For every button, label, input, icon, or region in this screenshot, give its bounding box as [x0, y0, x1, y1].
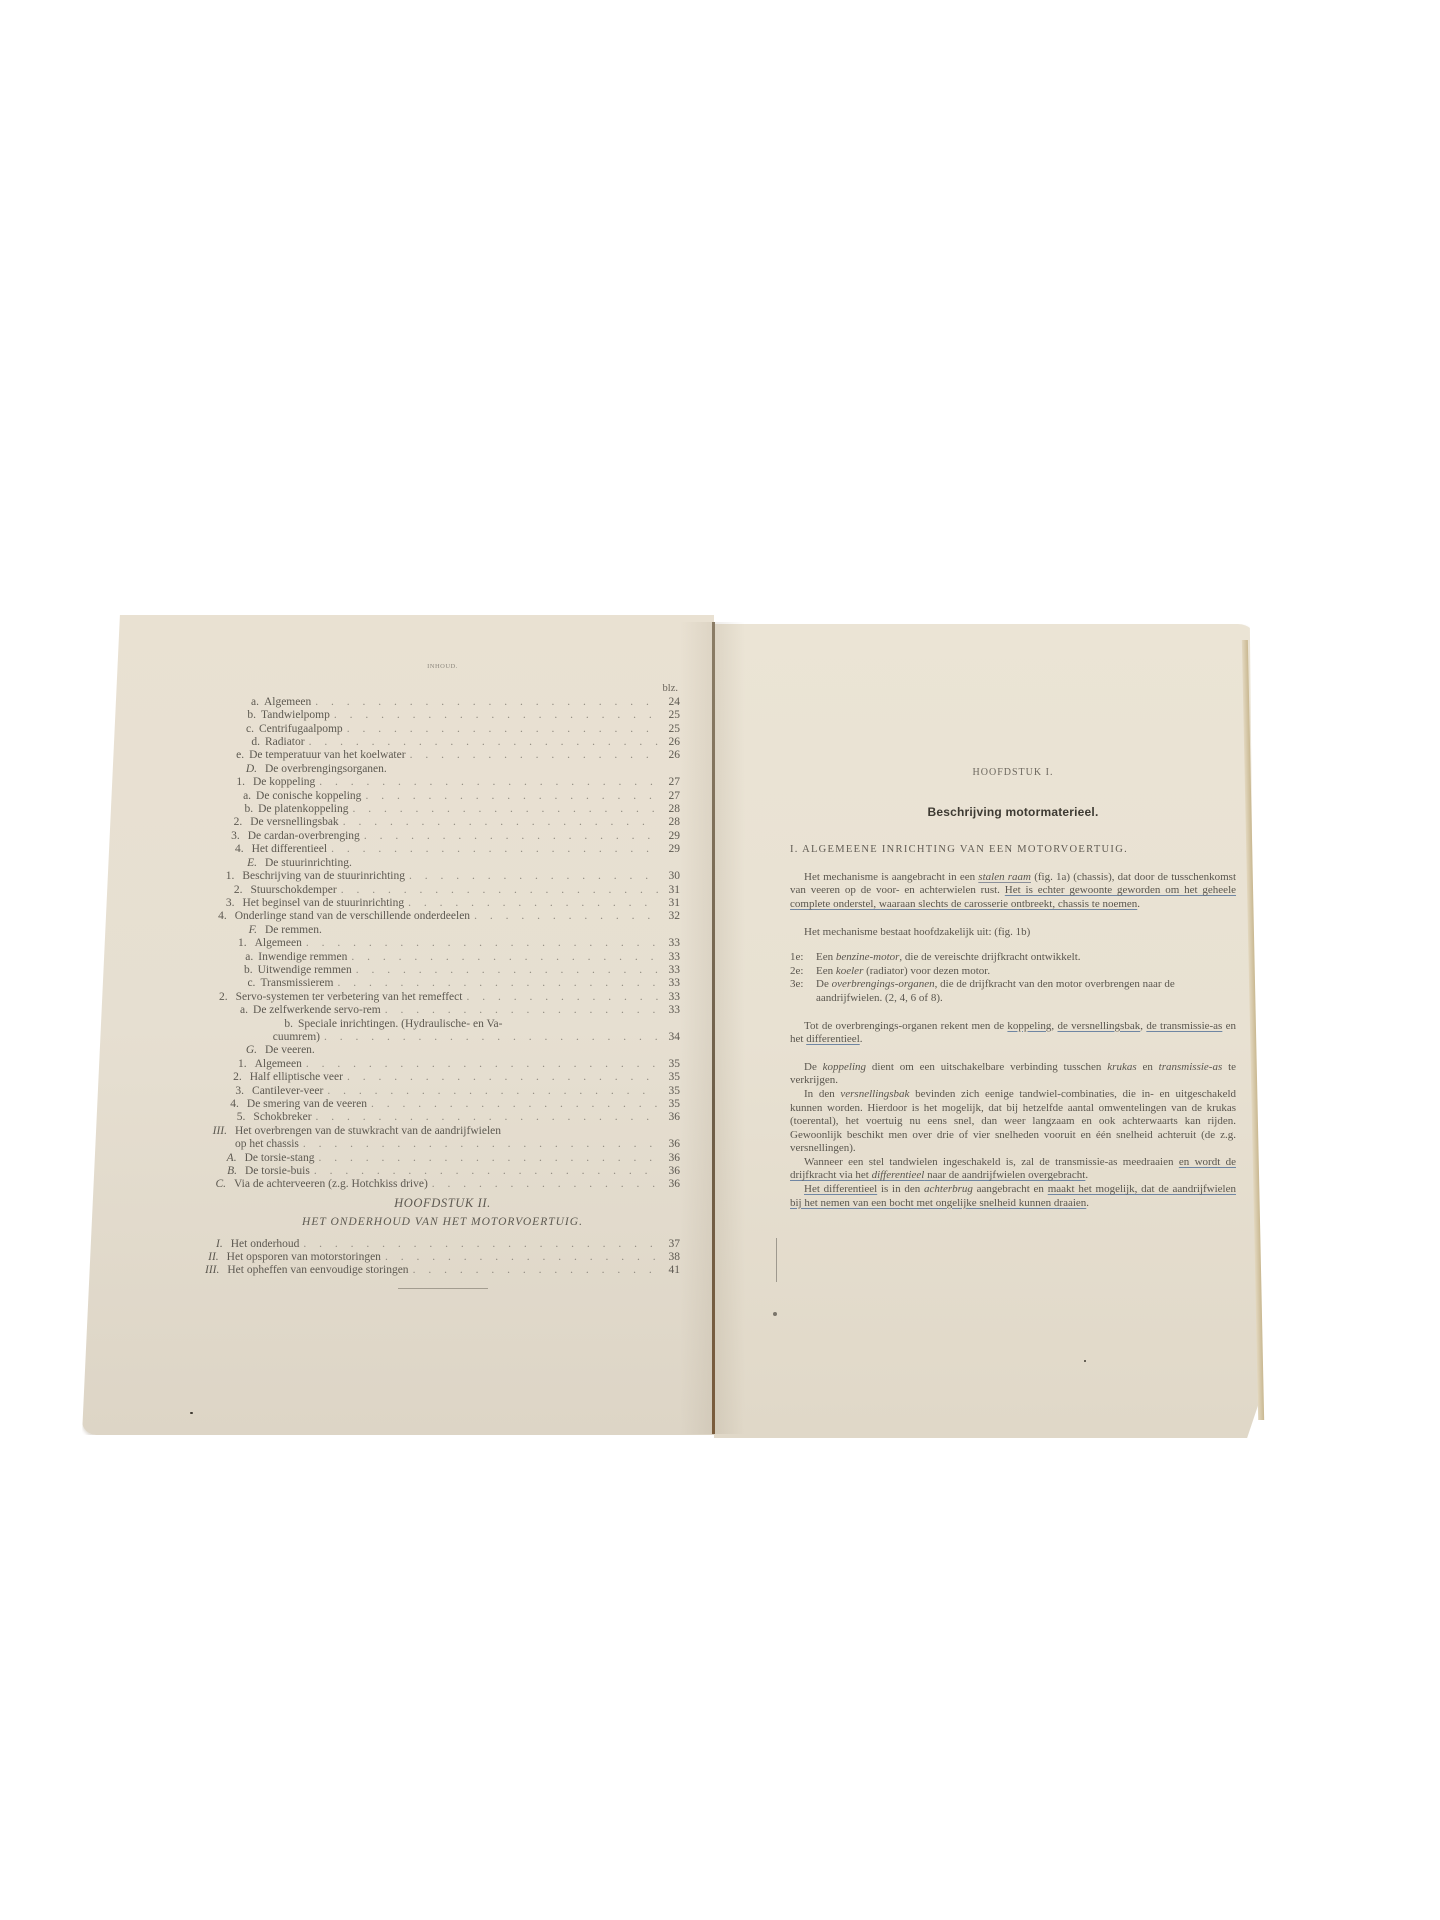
toc-leader-dots: . . . . . . . . . . . . . . . . . . . . …	[356, 964, 658, 977]
toc-page-number: 37	[662, 1238, 680, 1251]
toc-entry-number: b.	[205, 709, 256, 722]
list-item-key: 2e:	[790, 965, 816, 979]
toc-entry-label: Onderlinge stand van de verschillende on…	[235, 910, 470, 923]
toc-entry-number: a.	[205, 790, 251, 803]
toc-leader-dots: . . . . . . . . . . . . . . . . . . . . …	[338, 977, 659, 990]
toc-entry-label: De cardan-overbrenging	[248, 830, 360, 843]
toc-leader-dots: . . . . . . . . . . . . . . . . . . . . …	[319, 776, 658, 789]
toc-entry-number: c.	[205, 977, 255, 990]
toc-entry-number: 3.	[205, 830, 240, 843]
toc-entry-number: I.	[205, 1238, 223, 1251]
toc-entry: B.De torsie-buis. . . . . . . . . . . . …	[205, 1165, 680, 1178]
toc-page-number: 33	[662, 977, 680, 990]
toc-entry: c.Transmissierem. . . . . . . . . . . . …	[205, 977, 680, 990]
toc-entry: I.Het onderhoud. . . . . . . . . . . . .…	[205, 1238, 680, 1251]
toc-page-number: 36	[662, 1165, 680, 1178]
toc-entry: d.Radiator. . . . . . . . . . . . . . . …	[205, 736, 680, 749]
toc-entry: 2.Servo-systemen ter verbetering van het…	[205, 991, 680, 1004]
toc-page-number: 31	[662, 884, 680, 897]
toc-entry: C.Via de achterveeren (z.g. Hotchkiss dr…	[205, 1178, 680, 1191]
toc-entry: a.De zelfwerkende servo-rem. . . . . . .…	[205, 1004, 680, 1017]
toc-entry-label: De koppeling	[253, 776, 315, 789]
toc-entry-label: De platenkoppeling	[258, 803, 348, 816]
chapter-2-entries: I.Het onderhoud. . . . . . . . . . . . .…	[205, 1238, 680, 1278]
toc-entry-number: e.	[205, 749, 244, 762]
toc-entry-label: Stuurschokdemper	[250, 884, 336, 897]
toc-entry: II.Het opsporen van motorstoringen. . . …	[205, 1251, 680, 1264]
toc-leader-dots: . . . . . . . . . . . . . . . . . . . . …	[331, 843, 658, 856]
toc-entry: 3.Het beginsel van de stuurinrichting. .…	[205, 897, 680, 910]
toc-page-number: 36	[662, 1152, 680, 1165]
toc-entry-number: 4.	[205, 843, 244, 856]
component-list-item: 2e:Een koeler (radiator) voor dezen moto…	[790, 965, 1236, 979]
toc-leader-dots: . . . . . . . . . . . . . . . . . . . . …	[303, 1138, 658, 1151]
spine-shadow	[715, 622, 745, 1434]
toc-page-number: 24	[662, 696, 680, 709]
toc-entry-label: Centrifugaalpomp	[259, 723, 343, 736]
toc-entry-label: cuumrem)	[273, 1031, 320, 1044]
toc-entry-number: 5.	[205, 1111, 245, 1124]
toc-entry: e.De temperatuur van het koelwater. . . …	[205, 749, 680, 762]
toc-page-number: 25	[662, 723, 680, 736]
list-item-text: Een benzine-motor, die de vereischte dri…	[816, 951, 1236, 965]
toc-entry-label: Half elliptische veer	[250, 1071, 343, 1084]
toc-entry: F.De remmen.	[205, 924, 680, 937]
toc-entry: D.De overbrengingsorganen.	[205, 763, 680, 776]
toc-leader-dots: . . . . . . . . . . . . . . . . . . . . …	[466, 991, 658, 1004]
toc-entry: 4.Onderlinge stand van de verschillende …	[205, 910, 680, 923]
toc-entry: b.De platenkoppeling. . . . . . . . . . …	[205, 803, 680, 816]
toc-entry-number: 2.	[205, 991, 228, 1004]
toc-entry: b.Tandwielpomp. . . . . . . . . . . . . …	[205, 709, 680, 722]
toc-leader-dots: . . . . . . . . . . . . . . . . . . . . …	[309, 736, 658, 749]
toc-entry-label: Transmissierem	[260, 977, 333, 990]
toc-page-number: 35	[662, 1085, 680, 1098]
toc-entry-label: De torsie-stang	[245, 1152, 315, 1165]
toc-entry: 2.Half elliptische veer. . . . . . . . .…	[205, 1071, 680, 1084]
chapter-title: Beschrijving motormaterieel.	[790, 806, 1236, 820]
toc-leader-dots: . . . . . . . . . . . . . . . . . . . . …	[327, 1085, 658, 1098]
toc-leader-dots: . . . . . . . . . . . . . . . . . . . . …	[303, 1238, 658, 1251]
toc-page-number: 33	[662, 964, 680, 977]
toc-entry: a.Algemeen. . . . . . . . . . . . . . . …	[205, 696, 680, 709]
toc-entry-label: Inwendige remmen	[258, 951, 347, 964]
paper-speck	[190, 1412, 193, 1414]
list-item-key: 3e:	[790, 978, 816, 1005]
toc-entry-number: 1.	[205, 1058, 247, 1071]
toc-entry-label: Beschrijving van de stuurinrichting	[242, 870, 405, 883]
toc-entry-label: Schokbreker	[253, 1111, 311, 1124]
toc-entry-label: De temperatuur van het koelwater	[249, 749, 405, 762]
toc-page-number: 33	[662, 937, 680, 950]
toc-page-number: 29	[662, 830, 680, 843]
toc-page-number: 33	[662, 1004, 680, 1017]
toc-entry-number: 2.	[205, 884, 242, 897]
paragraph-chassis: Het mechanisme is aangebracht in een sta…	[790, 871, 1236, 912]
section-title: I. ALGEMEENE INRICHTING VAN EEN MOTORVOE…	[790, 843, 1236, 857]
toc-entry-number: III.	[205, 1264, 219, 1277]
book-spine	[712, 622, 715, 1434]
toc-leader-dots: . . . . . . . . . . . . . . . . . . . . …	[306, 1058, 658, 1071]
toc-entry-label: Algemeen	[255, 1058, 302, 1071]
toc-entry-number: B.	[205, 1165, 237, 1178]
toc-leader-dots: . . . . . . . . . . . . . . . . . . . . …	[347, 1071, 658, 1084]
table-of-contents: INHOUD. blz. a.Algemeen. . . . . . . . .…	[205, 660, 680, 1289]
toc-entry-number: 3.	[205, 1085, 244, 1098]
toc-entry-label: De versnellingsbak	[250, 816, 338, 829]
toc-entry-number: a.	[205, 1004, 248, 1017]
toc-page-number: 26	[662, 736, 680, 749]
toc-leader-dots: . . . . . . . . . . . . . . . . . . . . …	[371, 1098, 658, 1111]
toc-entry-label: Via de achterveeren (z.g. Hotchkiss driv…	[234, 1178, 428, 1191]
paragraph-transmission-organs: Tot de overbrengings-organen rekent men …	[790, 1020, 1236, 1047]
toc-entry-number: b.	[205, 1018, 293, 1031]
toc-entry-number: F.	[205, 924, 257, 937]
paper-speck	[1084, 1360, 1086, 1362]
open-booklet: INHOUD. blz. a.Algemeen. . . . . . . . .…	[0, 0, 1440, 1920]
toc-entry: c.Centrifugaalpomp. . . . . . . . . . . …	[205, 723, 680, 736]
toc-entry: cuumrem). . . . . . . . . . . . . . . . …	[205, 1031, 680, 1044]
toc-entry-number: III.	[205, 1125, 227, 1138]
margin-pencil-mark	[776, 1238, 777, 1282]
toc-entry: III.Het opheffen van eenvoudige storinge…	[205, 1264, 680, 1277]
toc-entry-label: De stuurinrichting.	[265, 857, 352, 870]
toc-leader-dots: . . . . . . . . . . . . . . . . . . . . …	[314, 1165, 658, 1178]
chapter-2-label: HOOFDSTUK II.	[205, 1197, 680, 1210]
toc-entry-number: 1.	[205, 776, 245, 789]
toc-entry-label: De conische koppeling	[256, 790, 361, 803]
toc-page-number: 28	[662, 816, 680, 829]
spine-shadow	[680, 622, 712, 1434]
toc-leader-dots: . . . . . . . . . . . . . . . . . . . . …	[365, 790, 658, 803]
list-item-text: Een koeler (radiator) voor dezen motor.	[816, 965, 1236, 979]
toc-entry-label: Tandwielpomp	[261, 709, 330, 722]
toc-leader-dots: . . . . . . . . . . . . . . . . . . . . …	[385, 1004, 658, 1017]
toc-entry-label: Het differentieel	[252, 843, 327, 856]
toc-entry: 1.De koppeling. . . . . . . . . . . . . …	[205, 776, 680, 789]
toc-entry-label: De remmen.	[265, 924, 322, 937]
toc-entry-label: De veeren.	[265, 1044, 315, 1057]
component-list-item: 3e:De overbrengings-organen, die de drij…	[790, 978, 1236, 1005]
toc-leader-dots: . . . . . . . . . . . . . . . . . . . . …	[410, 749, 658, 762]
toc-entry-number: D.	[205, 763, 257, 776]
toc-page-number: 32	[662, 910, 680, 923]
toc-entry-number: 4.	[205, 1098, 239, 1111]
toc-leader-dots: . . . . . . . . . . . . . . . . . . . . …	[408, 897, 658, 910]
toc-page-number: 33	[662, 951, 680, 964]
paragraph-differential: Het differentieel is in den achterbrug a…	[790, 1183, 1236, 1210]
toc-entry: a.De conische koppeling. . . . . . . . .…	[205, 790, 680, 803]
component-list-item: 1e:Een benzine-motor, die de vereischte …	[790, 951, 1236, 965]
toc-page-number: 35	[662, 1071, 680, 1084]
toc-entry: G.De veeren.	[205, 1044, 680, 1057]
list-item-key: 1e:	[790, 951, 816, 965]
toc-leader-dots: . . . . . . . . . . . . . . . . . . . . …	[324, 1031, 658, 1044]
toc-leader-dots: . . . . . . . . . . . . . . . . . . . . …	[432, 1178, 658, 1191]
toc-entry-label: Het opheffen van eenvoudige storingen	[227, 1264, 408, 1277]
toc-entry: 4.Het differentieel. . . . . . . . . . .…	[205, 843, 680, 856]
toc-entry-label: Het onderhoud	[231, 1238, 300, 1251]
toc-entry: III.Het overbrengen van de stuwkracht va…	[205, 1125, 680, 1138]
paragraph-clutch: De koppeling dient om een uitschakelbare…	[790, 1061, 1236, 1088]
toc-entry: b.Uitwendige remmen. . . . . . . . . . .…	[205, 964, 680, 977]
toc-leader-dots: . . . . . . . . . . . . . . . . . . . . …	[343, 816, 658, 829]
toc-entry-number: a.	[205, 696, 259, 709]
toc-entry: 5.Schokbreker. . . . . . . . . . . . . .…	[205, 1111, 680, 1124]
toc-page-number: 28	[662, 803, 680, 816]
toc-leader-dots: . . . . . . . . . . . . . . . . . . . . …	[341, 884, 658, 897]
toc-entry: E.De stuurinrichting.	[205, 857, 680, 870]
paragraph-mechanism: Het mechanisme bestaat hoofdzakelijk uit…	[790, 926, 1236, 940]
toc-entry-label: De torsie-buis	[245, 1165, 310, 1178]
toc-page-number: 41	[662, 1264, 680, 1277]
toc-leader-dots: . . . . . . . . . . . . . . . . . . . . …	[306, 937, 658, 950]
toc-entry-number: c.	[205, 723, 254, 736]
toc-entry: 1.Algemeen. . . . . . . . . . . . . . . …	[205, 1058, 680, 1071]
toc-leader-dots: . . . . . . . . . . . . . . . . . . . . …	[315, 696, 658, 709]
toc-entry-number: E.	[205, 857, 257, 870]
toc-entry: 4.De smering van de veeren. . . . . . . …	[205, 1098, 680, 1111]
toc-leader-dots: . . . . . . . . . . . . . . . . . . . . …	[351, 951, 658, 964]
toc-page-number: 31	[662, 897, 680, 910]
toc-entry-number: b.	[205, 964, 253, 977]
chapter-1-body: HOOFDSTUK I. Beschrijving motormaterieel…	[790, 640, 1236, 1210]
toc-entry-number: G.	[205, 1044, 257, 1057]
toc-leader-dots: . . . . . . . . . . . . . . . . . . . . …	[316, 1111, 658, 1124]
component-list: 1e:Een benzine-motor, die de vereischte …	[790, 951, 1236, 1005]
toc-entry: 1.Beschrijving van de stuurinrichting. .…	[205, 870, 680, 883]
toc-entry: 1.Algemeen. . . . . . . . . . . . . . . …	[205, 937, 680, 950]
toc-page-number: 26	[662, 749, 680, 762]
toc-entry-label: Speciale inrichtingen. (Hydraulische- en…	[298, 1018, 502, 1031]
toc-entry-number: 4.	[205, 910, 227, 923]
toc-entry-label: op het chassis	[235, 1138, 299, 1151]
toc-entry: op het chassis. . . . . . . . . . . . . …	[205, 1138, 680, 1151]
running-header: INHOUD.	[205, 660, 680, 673]
toc-leader-dots: . . . . . . . . . . . . . . . . . . . . …	[352, 803, 658, 816]
toc-entry-label: De zelfwerkende servo-rem	[253, 1004, 381, 1017]
toc-entry-label: Algemeen	[264, 696, 311, 709]
list-item-text: De overbrengings-organen, die de drijfkr…	[816, 978, 1236, 1005]
paragraph-gear-engaged: Wanneer een stel tandwielen ingeschakeld…	[790, 1156, 1236, 1183]
toc-entry: A.De torsie-stang. . . . . . . . . . . .…	[205, 1152, 680, 1165]
margin-dot-mark	[773, 1312, 777, 1316]
toc-entry-label: Algemeen	[255, 937, 302, 950]
toc-entry-number: b.	[205, 803, 253, 816]
chapter-label: HOOFDSTUK I.	[790, 766, 1236, 780]
toc-page-number: 27	[662, 776, 680, 789]
toc-page-number: 30	[662, 870, 680, 883]
toc-page-number: 25	[662, 709, 680, 722]
toc-page-number: 36	[662, 1111, 680, 1124]
toc-entry-number: d.	[205, 736, 260, 749]
toc-entry-number: 1.	[205, 870, 234, 883]
toc-page-number: 36	[662, 1178, 680, 1191]
toc-entry: 2.Stuurschokdemper. . . . . . . . . . . …	[205, 884, 680, 897]
toc-entry-number: 2.	[205, 1071, 242, 1084]
toc-entry-number: a.	[205, 951, 253, 964]
toc-page-number: 27	[662, 790, 680, 803]
page-column-label: blz.	[205, 682, 680, 695]
chapter-2-title: HET ONDERHOUD VAN HET MOTORVOERTUIG.	[205, 1216, 680, 1229]
toc-leader-dots: . . . . . . . . . . . . . . . . . . . . …	[385, 1251, 658, 1264]
toc-page-number: 38	[662, 1251, 680, 1264]
toc-entry-number: A.	[205, 1152, 237, 1165]
toc-leader-dots: . . . . . . . . . . . . . . . . . . . . …	[334, 709, 658, 722]
toc-leader-dots: . . . . . . . . . . . . . . . . . . . . …	[347, 723, 658, 736]
toc-page-number: 35	[662, 1098, 680, 1111]
toc-leader-dots: . . . . . . . . . . . . . . . . . . . . …	[364, 830, 658, 843]
toc-entry: b.Speciale inrichtingen. (Hydraulische- …	[205, 1018, 680, 1031]
toc-entry-label: Het beginsel van de stuurinrichting	[243, 897, 405, 910]
toc-page-number: 33	[662, 991, 680, 1004]
toc-entry: 3.De cardan-overbrenging. . . . . . . . …	[205, 830, 680, 843]
toc-page-number: 34	[662, 1031, 680, 1044]
end-rule	[398, 1288, 488, 1289]
toc-entry-label: Het opsporen van motorstoringen	[227, 1251, 381, 1264]
toc-entry-label: Uitwendige remmen	[258, 964, 352, 977]
toc-entry-label: De overbrengingsorganen.	[265, 763, 387, 776]
toc-entry-label: Het overbrengen van de stuwkracht van de…	[235, 1125, 501, 1138]
toc-list: a.Algemeen. . . . . . . . . . . . . . . …	[205, 696, 680, 1192]
toc-entry-label: De smering van de veeren	[247, 1098, 367, 1111]
toc-entry-number: 2.	[205, 816, 242, 829]
toc-entry: 2.De versnellingsbak. . . . . . . . . . …	[205, 816, 680, 829]
toc-entry-number: 3.	[205, 897, 235, 910]
toc-entry-number: 1.	[205, 937, 247, 950]
toc-entry: 3.Cantilever-veer. . . . . . . . . . . .…	[205, 1085, 680, 1098]
toc-page-number: 29	[662, 843, 680, 856]
toc-page-number: 36	[662, 1138, 680, 1151]
toc-entry: a.Inwendige remmen. . . . . . . . . . . …	[205, 951, 680, 964]
toc-leader-dots: . . . . . . . . . . . . . . . . . . . . …	[474, 910, 658, 923]
toc-entry-number: II.	[205, 1251, 219, 1264]
toc-leader-dots: . . . . . . . . . . . . . . . . . . . . …	[413, 1264, 658, 1277]
paragraph-gearbox: In den versnellingsbak bevinden zich een…	[790, 1088, 1236, 1156]
toc-entry-label: Servo-systemen ter verbetering van het r…	[236, 991, 463, 1004]
toc-leader-dots: . . . . . . . . . . . . . . . . . . . . …	[409, 870, 658, 883]
toc-entry-label: Cantilever-veer	[252, 1085, 323, 1098]
toc-entry-label: Radiator	[265, 736, 305, 749]
toc-leader-dots: . . . . . . . . . . . . . . . . . . . . …	[319, 1152, 658, 1165]
toc-entry-number: C.	[205, 1178, 226, 1191]
toc-page-number: 35	[662, 1058, 680, 1071]
